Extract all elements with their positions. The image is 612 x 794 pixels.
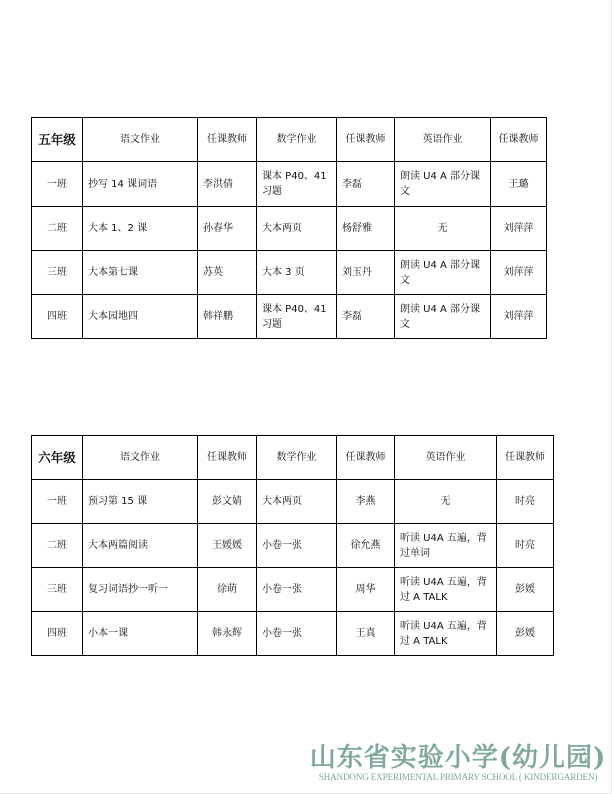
- table-row: 二班 大本两篇阅读 王媛媛 小卷一张 徐允燕 听读 U4A 五遍，背过单词 时亮: [32, 524, 554, 568]
- chinese-homework: 复习词语抄一听一: [83, 568, 198, 612]
- english-homework: 朗读 U4 A 部分课文: [395, 295, 491, 339]
- header-chinese: 语文作业: [83, 118, 198, 162]
- english-teacher: 刘萍萍: [491, 207, 547, 251]
- chinese-homework: 预习第 15 课: [83, 480, 198, 524]
- english-homework: 听读 U4A 五遍，背过 A TALK: [395, 568, 497, 612]
- class-name: 一班: [32, 480, 83, 524]
- chinese-teacher: 孙春华: [198, 207, 257, 251]
- table-row: 三班 大本第七课 苏英 大本 3 页 刘玉丹 朗读 U4 A 部分课文 刘萍萍: [32, 251, 547, 295]
- english-teacher: 刘萍萍: [491, 295, 547, 339]
- math-teacher: 王真: [337, 612, 395, 656]
- header-english: 英语作业: [395, 118, 491, 162]
- school-logo: 山东省实验小学(幼儿园) SHANDONG EXPERIMENTAL PRIMA…: [308, 742, 608, 783]
- grade6-homework-table: 六年级 语文作业 任课教师 数学作业 任课教师 英语作业 任课教师 一班 预习第…: [31, 435, 554, 656]
- math-homework: 课本 P40、41 习题: [257, 295, 337, 339]
- math-teacher: 李燕: [337, 480, 395, 524]
- school-name-chinese: 山东省实验小学(幼儿园): [308, 742, 608, 774]
- chinese-homework: 大本园地四: [83, 295, 198, 339]
- class-name: 三班: [32, 251, 83, 295]
- chinese-homework: 大本 1、2 课: [83, 207, 198, 251]
- chinese-teacher: 李洪倩: [198, 162, 257, 207]
- chinese-homework: 大本两篇阅读: [83, 524, 198, 568]
- grade-label: 六年级: [32, 436, 83, 480]
- grade-label: 五年级: [32, 118, 83, 162]
- math-homework: 大本两页: [257, 480, 337, 524]
- chinese-teacher: 韩永辉: [198, 612, 257, 656]
- school-name-english: SHANDONG EXPERIMENTAL PRIMARY SCHOOL ( K…: [308, 772, 608, 783]
- table-row: 二班 大本 1、2 课 孙春华 大本两页 杨舒雅 无 刘萍萍: [32, 207, 547, 251]
- english-homework: 听读 U4A 五遍，背过单词: [395, 524, 497, 568]
- english-homework: 无: [395, 480, 497, 524]
- chinese-teacher: 苏英: [198, 251, 257, 295]
- math-homework: 大本两页: [257, 207, 337, 251]
- english-teacher: 彭媛: [497, 568, 554, 612]
- class-name: 二班: [32, 207, 83, 251]
- header-chinese-teacher: 任课教师: [198, 436, 257, 480]
- chinese-homework: 抄写 14 课词语: [83, 162, 198, 207]
- math-teacher: 李磊: [337, 162, 395, 207]
- english-teacher: 王璐: [491, 162, 547, 207]
- math-teacher: 李磊: [337, 295, 395, 339]
- english-teacher: 时亮: [497, 480, 554, 524]
- header-chinese: 语文作业: [83, 436, 198, 480]
- class-name: 二班: [32, 524, 83, 568]
- table-row: 四班 大本园地四 韩祥鹏 课本 P40、41 习题 李磊 朗读 U4 A 部分课…: [32, 295, 547, 339]
- english-teacher: 时亮: [497, 524, 554, 568]
- class-name: 四班: [32, 612, 83, 656]
- english-teacher: 刘萍萍: [491, 251, 547, 295]
- class-name: 三班: [32, 568, 83, 612]
- table-row: 三班 复习词语抄一听一 徐萌 小卷一张 周华 听读 U4A 五遍，背过 A TA…: [32, 568, 554, 612]
- math-homework: 小卷一张: [257, 524, 337, 568]
- class-name: 四班: [32, 295, 83, 339]
- chinese-homework: 大本第七课: [83, 251, 198, 295]
- header-math: 数学作业: [257, 436, 337, 480]
- math-homework: 小卷一张: [257, 568, 337, 612]
- chinese-homework: 小本一课: [83, 612, 198, 656]
- math-homework: 课本 P40、41 习题: [257, 162, 337, 207]
- english-homework: 无: [395, 207, 491, 251]
- table-row: 一班 预习第 15 课 彭文婧 大本两页 李燕 无 时亮: [32, 480, 554, 524]
- header-math: 数学作业: [257, 118, 337, 162]
- chinese-teacher: 王媛媛: [198, 524, 257, 568]
- header-chinese-teacher: 任课教师: [198, 118, 257, 162]
- math-homework: 大本 3 页: [257, 251, 337, 295]
- math-teacher: 周华: [337, 568, 395, 612]
- math-teacher: 杨舒雅: [337, 207, 395, 251]
- math-teacher: 刘玉丹: [337, 251, 395, 295]
- table-row: 四班 小本一课 韩永辉 小卷一张 王真 听读 U4A 五遍，背过 A TALK …: [32, 612, 554, 656]
- english-teacher: 彭媛: [497, 612, 554, 656]
- english-homework: 听读 U4A 五遍，背过 A TALK: [395, 612, 497, 656]
- table-header-row: 五年级 语文作业 任课教师 数学作业 任课教师 英语作业 任课教师: [32, 118, 547, 162]
- header-english-teacher: 任课教师: [491, 118, 547, 162]
- math-homework: 小卷一张: [257, 612, 337, 656]
- header-english-teacher: 任课教师: [497, 436, 554, 480]
- header-math-teacher: 任课教师: [337, 118, 395, 162]
- chinese-teacher: 韩祥鹏: [198, 295, 257, 339]
- english-homework: 朗读 U4 A 部分课文: [395, 251, 491, 295]
- english-homework: 朗读 U4 A 部分课文: [395, 162, 491, 207]
- math-teacher: 徐允燕: [337, 524, 395, 568]
- table-row: 一班 抄写 14 课词语 李洪倩 课本 P40、41 习题 李磊 朗读 U4 A…: [32, 162, 547, 207]
- grade5-homework-table: 五年级 语文作业 任课教师 数学作业 任课教师 英语作业 任课教师 一班 抄写 …: [31, 117, 547, 339]
- header-math-teacher: 任课教师: [337, 436, 395, 480]
- chinese-teacher: 徐萌: [198, 568, 257, 612]
- header-english: 英语作业: [395, 436, 497, 480]
- chinese-teacher: 彭文婧: [198, 480, 257, 524]
- table-header-row: 六年级 语文作业 任课教师 数学作业 任课教师 英语作业 任课教师: [32, 436, 554, 480]
- class-name: 一班: [32, 162, 83, 207]
